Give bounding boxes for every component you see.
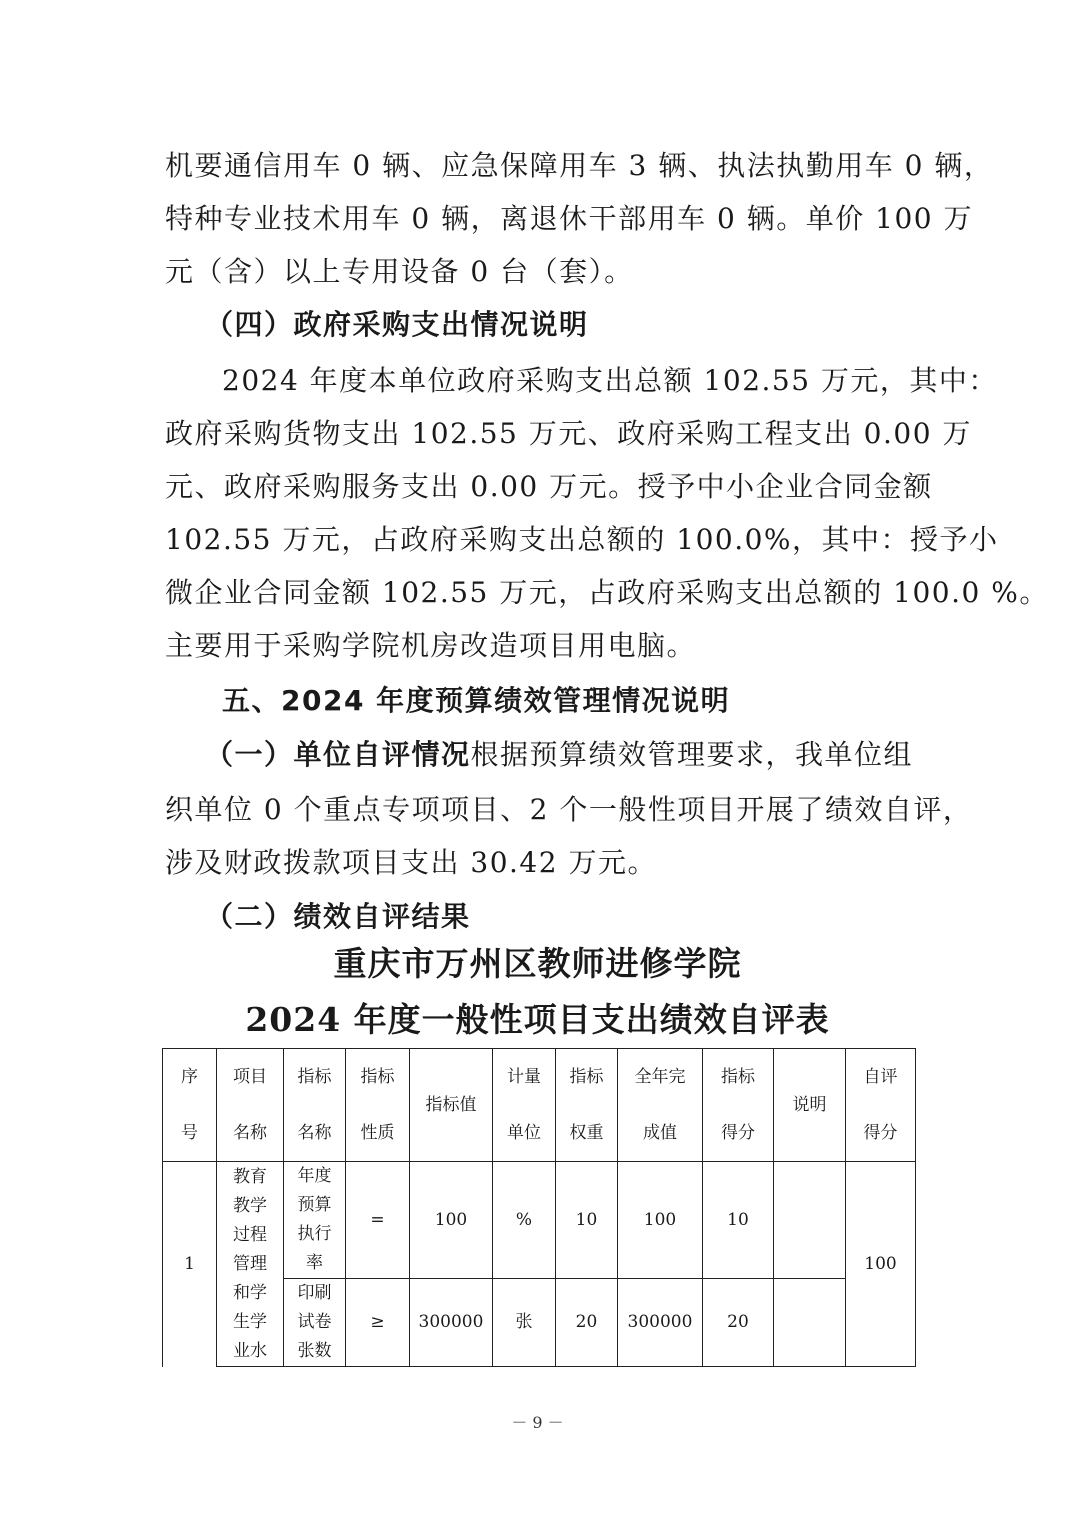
paragraph-line: 涉及财政拨款项目支出 30.42 万元。 [165,843,657,883]
table-title-org: 重庆市万州区教师进修学院 [0,942,1075,986]
indicator-name-cell: 年度 预算 执行 率 [284,1162,346,1279]
performance-table: 序号 项目名称 指标名称 指标性质 指标值 计量单位 指标权重 全年完成值 指标… [162,1048,916,1367]
actual-cell: 100 [618,1162,703,1279]
table-title-name: 2024 年度一般性项目支出绩效自评表 [0,998,1075,1042]
weight-cell: 10 [556,1162,618,1279]
project-name-cell: 教育 教学 过程 管理 和学 生学 业水 [217,1162,284,1367]
table-header-row: 序号 项目名称 指标名称 指标性质 指标值 计量单位 指标权重 全年完成值 指标… [163,1049,916,1162]
indicator-nature-cell: ≥ [346,1279,410,1367]
header-cell: 指标值 [410,1049,493,1162]
paragraph-line: 机要通信用车 0 辆、应急保障用车 3 辆、执法执勤用车 0 辆， [165,146,993,186]
indicator-target-cell: 300000 [410,1279,493,1367]
score-cell: 20 [703,1279,774,1367]
paragraph-line: （一）单位自评情况根据预算绩效管理要求，我单位组 [205,735,913,775]
header-cell: 指标名称 [284,1049,346,1162]
section-heading-4: （四）政府采购支出情况说明 [205,305,589,345]
note-cell [774,1162,846,1279]
header-cell: 计量单位 [493,1049,556,1162]
section-heading-5: 五、2024 年度预算绩效管理情况说明 [222,681,730,721]
unit-cell: 张 [493,1279,556,1367]
unit-cell: % [493,1162,556,1279]
paragraph-line: 102.55 万元，占政府采购支出总额的 100.0%，其中：授予小 [165,520,999,560]
paragraph-line: 元（含）以上专用设备 0 台（套）。 [165,252,634,292]
paragraph-line: 元、政府采购服务支出 0.00 万元。授予中小企业合同金额 [165,467,933,507]
indicator-name-cell: 印刷 试卷 张数 [284,1279,346,1367]
actual-cell: 300000 [618,1279,703,1367]
note-cell [774,1279,846,1367]
project-index-cell: 1 [163,1162,217,1367]
page-number: － 9 － [0,1410,1075,1433]
paragraph-line: 织单位 0 个重点专项项目、2 个一般性项目开展了绩效自评， [165,790,972,830]
paragraph-line: 特种专业技术用车 0 辆，离退休干部用车 0 辆。单价 100 万 [165,199,973,239]
indicator-target-cell: 100 [410,1162,493,1279]
header-cell: 指标权重 [556,1049,618,1162]
self-score-cell: 100 [846,1162,916,1367]
paragraph-text: 根据预算绩效管理要求，我单位组 [471,738,914,771]
header-cell: 项目名称 [217,1049,284,1162]
score-cell: 10 [703,1162,774,1279]
indicator-nature-cell: = [346,1162,410,1279]
header-cell: 序号 [163,1049,217,1162]
paragraph-line: 主要用于采购学院机房改造项目用电脑。 [165,626,696,666]
header-cell: 全年完成值 [618,1049,703,1162]
subsection-heading-1: （一）单位自评情况 [205,738,471,771]
header-cell: 指标性质 [346,1049,410,1162]
table-row: 1 教育 教学 过程 管理 和学 生学 业水 年度 预算 执行 率 = 100 … [163,1162,916,1279]
header-cell: 自评得分 [846,1049,916,1162]
header-cell: 指标得分 [703,1049,774,1162]
weight-cell: 20 [556,1279,618,1367]
paragraph-line: 微企业合同金额 102.55 万元，占政府采购支出总额的 100.0 %。 [165,573,1049,613]
header-cell: 说明 [774,1049,846,1162]
paragraph-line: 2024 年度本单位政府采购支出总额 102.55 万元，其中： [222,361,998,401]
paragraph-line: 政府采购货物支出 102.55 万元、政府采购工程支出 0.00 万 [165,414,972,454]
subsection-heading-2: （二）绩效自评结果 [205,897,471,937]
